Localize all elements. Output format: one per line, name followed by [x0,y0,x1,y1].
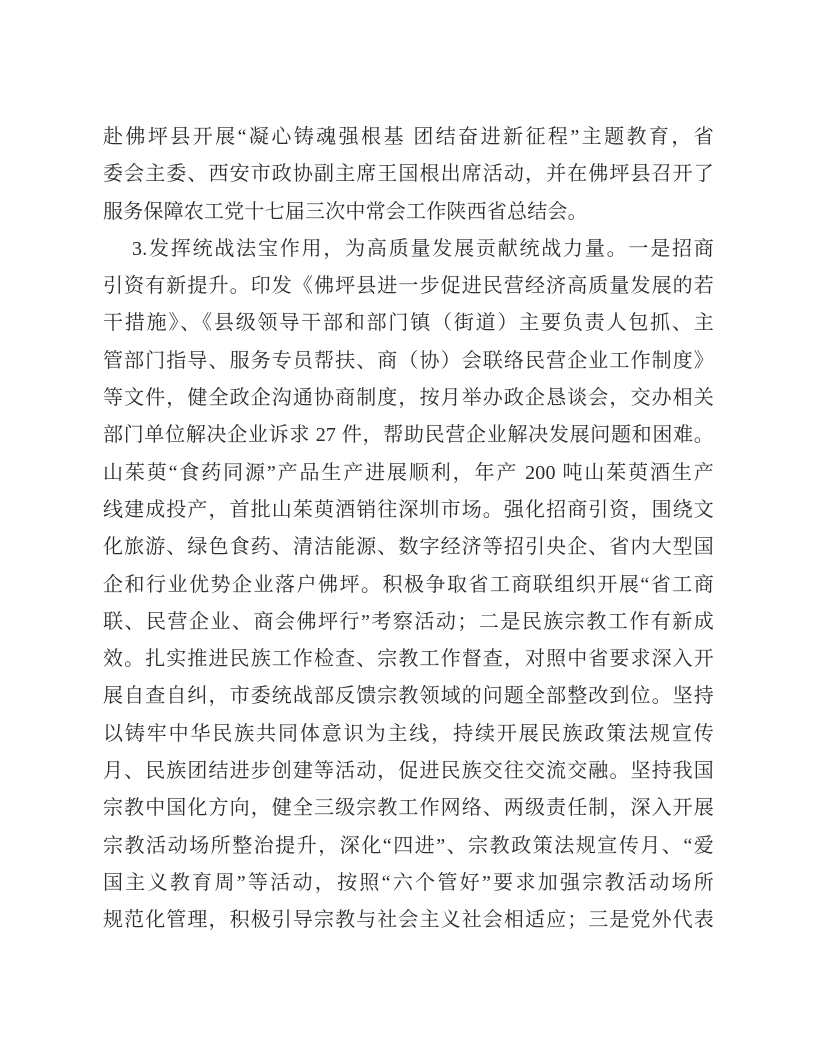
document-page: 赴佛坪县开展“凝心铸魂强根基 团结奋进新征程”主题教育，省 委会主委、西安市政协… [0,0,816,1056]
text-line: 干措施》、《县级领导干部和部门镇（街道）主要负责人包抓、主 [103,305,714,342]
paragraph: 赴佛坪县开展“凝心铸魂强根基 团结奋进新征程”主题教育，省 委会主委、西安市政协… [103,119,714,231]
text-line: 引资有新提升。印发《佛坪县进一步促进民营经济高质量发展的若 [103,268,714,305]
text-line: 联、民营企业、商会佛坪行”考察活动；二是民族宗教工作有新成 [103,604,714,641]
text-line: 化旅游、绿色食药、清洁能源、数字经济等招引央企、省内大型国 [103,529,714,566]
text-line: 管部门指导、服务专员帮扶、商（协）会联络民营企业工作制度》 [103,343,714,380]
text-line: 国主义教育周”等活动，按照“六个管好”要求加强宗教活动场所 [103,865,714,902]
text-line: 展自查自纠，市委统战部反馈宗教领域的问题全部整改到位。坚持 [103,678,714,715]
text-line: 服务保障农工党十七届三次中常会工作陕西省总结会。 [103,194,714,231]
text-line: 3.发挥统战法宝作用，为高质量发展贡献统战力量。一是招商 [103,231,714,268]
text-line: 赴佛坪县开展“凝心铸魂强根基 团结奋进新征程”主题教育，省 [103,119,714,156]
text-line: 线建成投产，首批山茱萸酒销往深圳市场。强化招商引资，围绕文 [103,492,714,529]
text-line: 宗教活动场所整治提升，深化“四进”、宗教政策法规宣传月、“爱 [103,828,714,865]
paragraph: 3.发挥统战法宝作用，为高质量发展贡献统战力量。一是招商 引资有新提升。印发《佛… [103,231,714,940]
text-block: 赴佛坪县开展“凝心铸魂强根基 团结奋进新征程”主题教育，省 委会主委、西安市政协… [103,119,714,940]
text-line: 委会主委、西安市政协副主席王国根出席活动，并在佛坪县召开了 [103,156,714,193]
text-line: 月、民族团结进步创建等活动，促进民族交往交流交融。坚持我国 [103,753,714,790]
text-line: 部门单位解决企业诉求 27 件，帮助民营企业解决发展问题和困难。 [103,417,714,454]
text-line: 等文件，健全政企沟通协商制度，按月举办政企恳谈会，交办相关 [103,380,714,417]
text-line: 山茱萸“食药同源”产品生产进展顺利，年产 200 吨山茱萸酒生产 [103,455,714,492]
text-line: 以铸牢中华民族共同体意识为主线，持续开展民族政策法规宣传 [103,716,714,753]
text-line: 宗教中国化方向，健全三级宗教工作网络、两级责任制，深入开展 [103,790,714,827]
text-line: 规范化管理，积极引导宗教与社会主义社会相适应；三是党外代表 [103,902,714,939]
text-line: 效。扎实推进民族工作检查、宗教工作督查，对照中省要求深入开 [103,641,714,678]
text-line: 企和行业优势企业落户佛坪。积极争取省工商联组织开展“省工商 [103,567,714,604]
